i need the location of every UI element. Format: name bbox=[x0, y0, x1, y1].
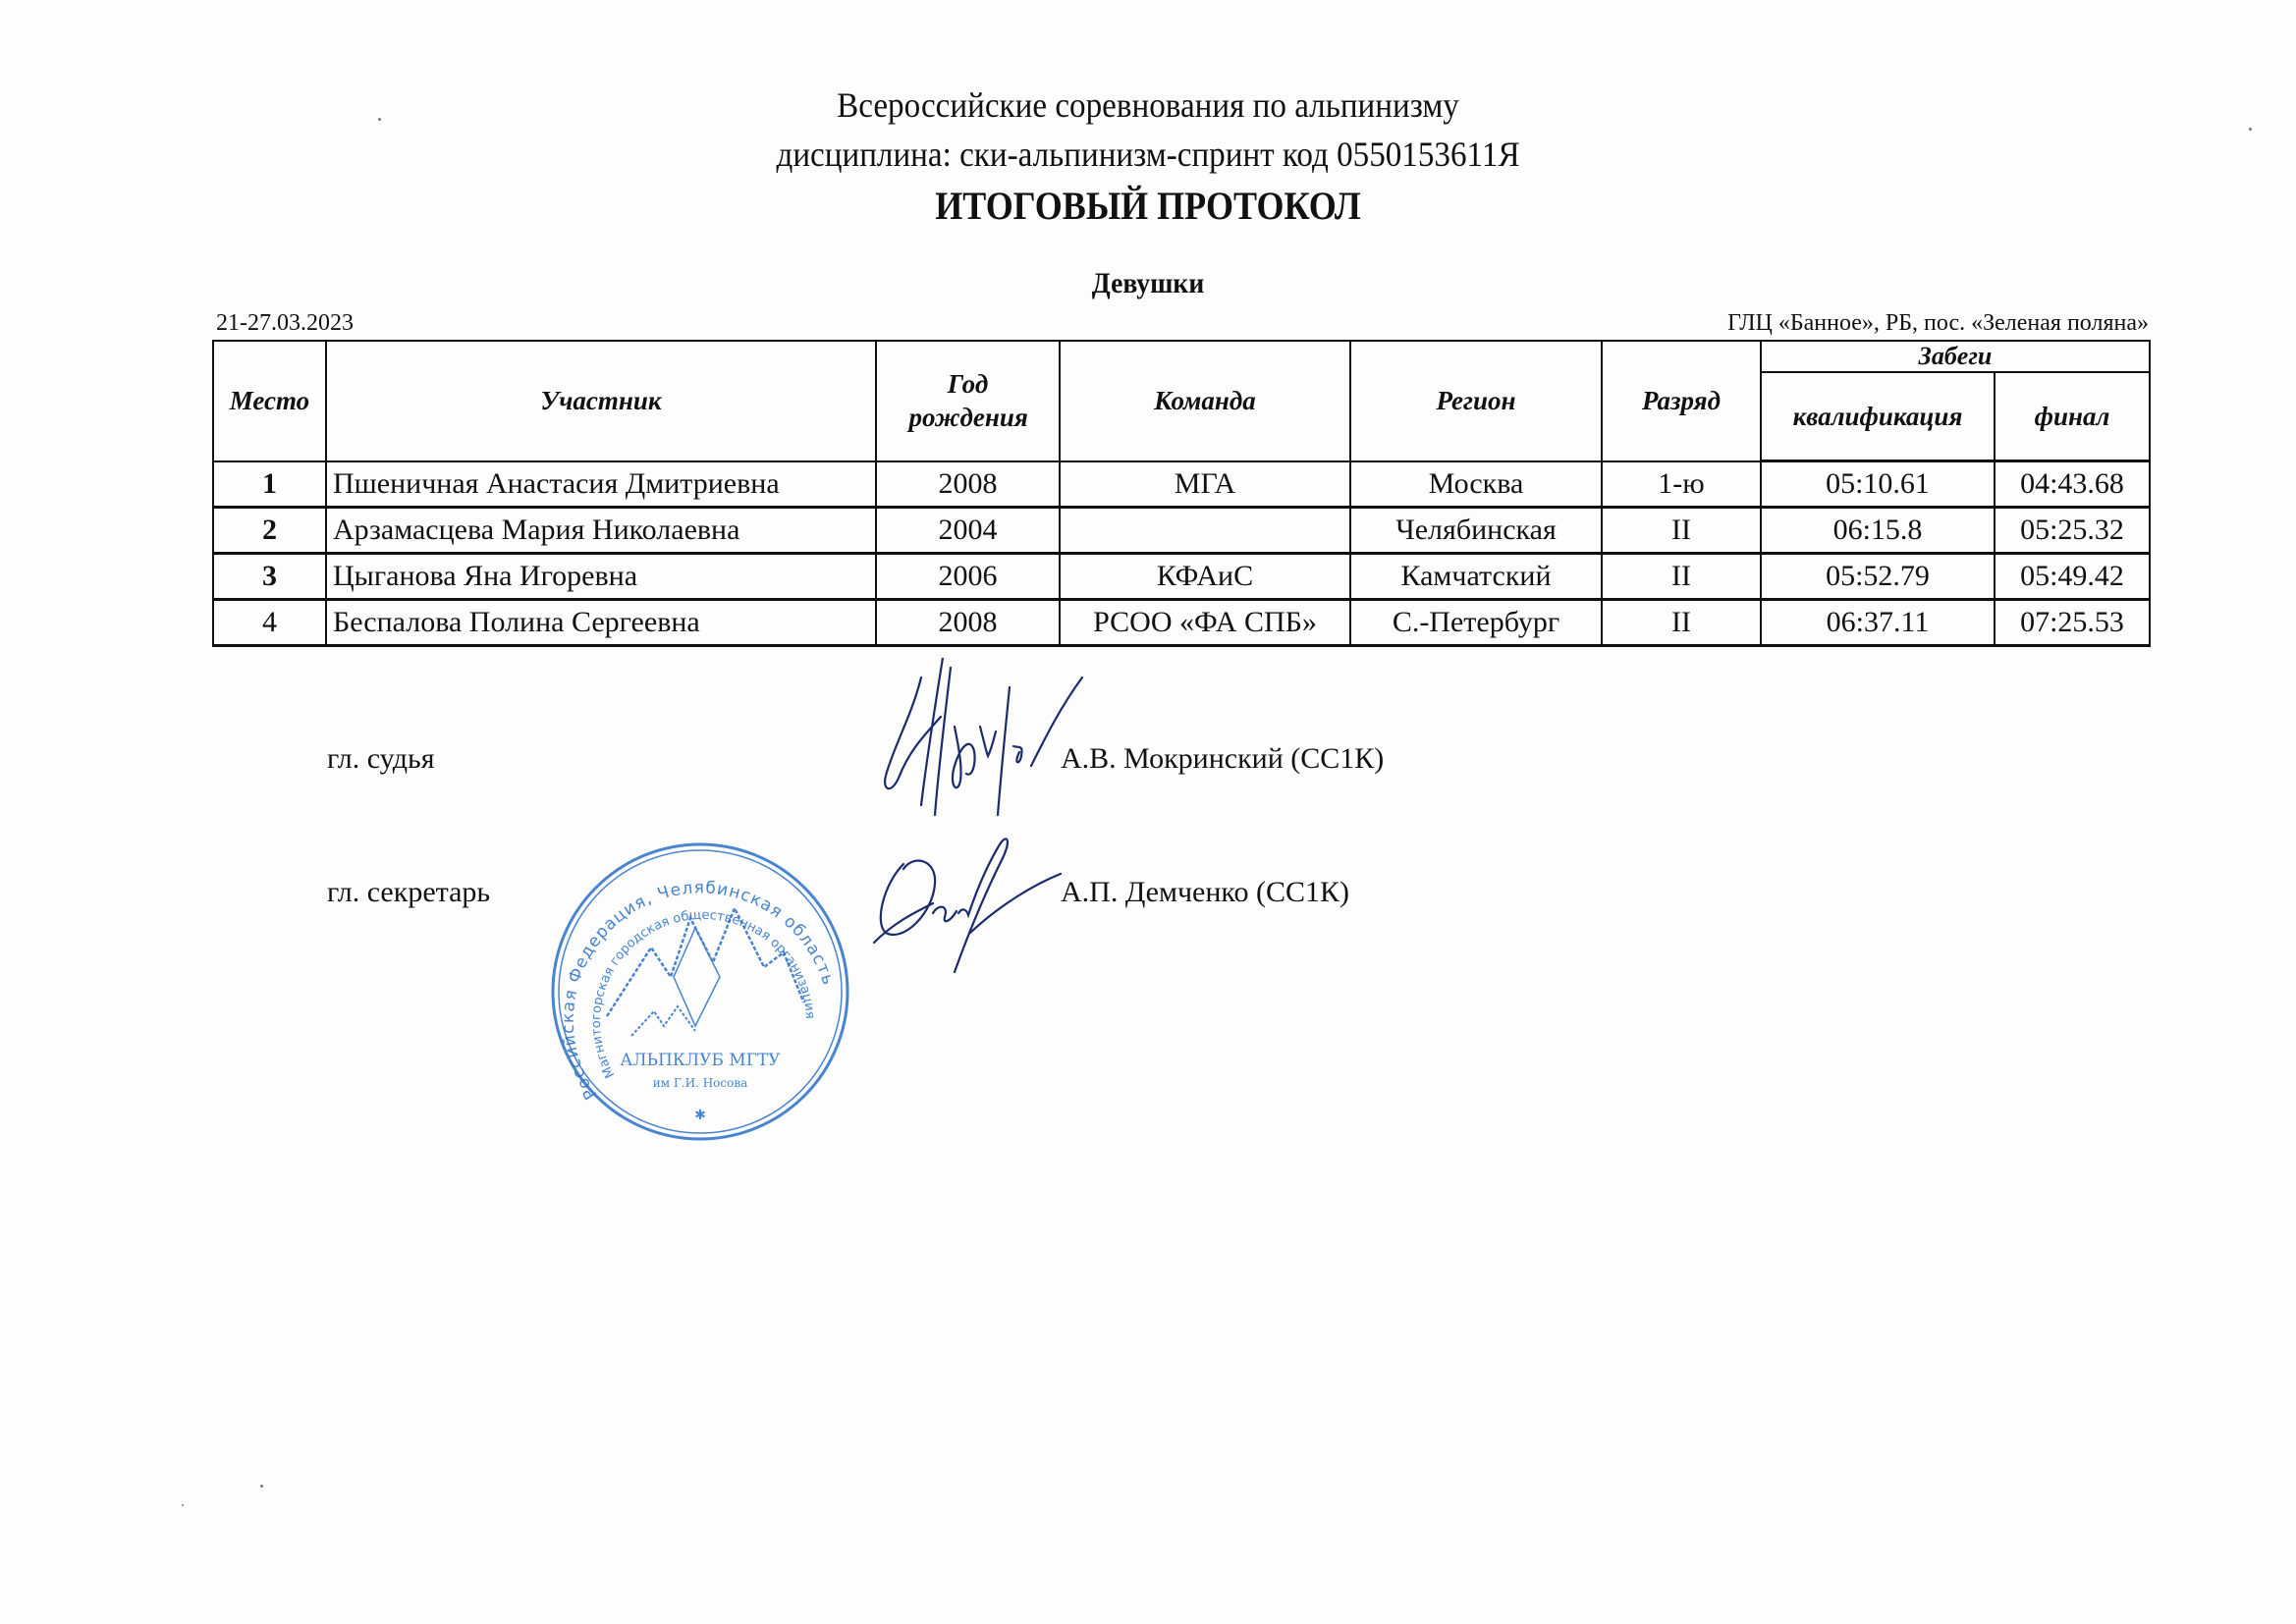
col-header-runs: Забеги bbox=[1761, 341, 2150, 372]
scan-speck bbox=[2249, 128, 2252, 131]
scan-speck bbox=[378, 118, 381, 121]
competition-title: Всероссийские соревнования по альпинизму bbox=[92, 84, 2205, 126]
chief-judge-label: гл. судья bbox=[327, 742, 435, 776]
col-header-qualification: квалификация bbox=[1761, 372, 1995, 461]
chief-secretary-signature bbox=[864, 815, 1090, 982]
scan-speck bbox=[260, 1485, 263, 1488]
col-header-team: Команда bbox=[1060, 341, 1350, 461]
chief-secretary-label: гл. секретарь bbox=[327, 876, 490, 909]
col-header-region: Регион bbox=[1350, 341, 1602, 461]
stamp-star-icon: ✱ bbox=[694, 1108, 706, 1123]
birth-year-cell: 2008 bbox=[876, 461, 1060, 508]
place-cell: 2 bbox=[213, 508, 326, 554]
rank-cell: 1-ю bbox=[1602, 461, 1761, 508]
participant-cell: Цыганова Яна Игоревна bbox=[326, 554, 876, 600]
table-row: 3Цыганова Яна Игоревна2006КФАиСКамчатски… bbox=[213, 554, 2150, 600]
qualification-time-cell: 06:15.8 bbox=[1761, 508, 1995, 554]
scan-speck bbox=[182, 1504, 184, 1506]
team-cell: РСОО «ФА СПБ» bbox=[1060, 600, 1350, 646]
team-cell: МГА bbox=[1060, 461, 1350, 508]
region-cell: Челябинская bbox=[1350, 508, 1602, 554]
final-time-cell: 04:43.68 bbox=[1995, 461, 2150, 508]
col-header-participant: Участник bbox=[326, 341, 876, 461]
category-title: Девушки bbox=[92, 267, 2205, 300]
final-time-cell: 07:25.53 bbox=[1995, 600, 2150, 646]
col-header-final: финал bbox=[1995, 372, 2150, 461]
protocol-title: ИТОГОВЫЙ ПРОТОКОЛ bbox=[115, 183, 2181, 229]
rank-cell: II bbox=[1602, 600, 1761, 646]
qualification-time-cell: 05:52.79 bbox=[1761, 554, 1995, 600]
birth-year-cell: 2004 bbox=[876, 508, 1060, 554]
birth-year-cell: 2006 bbox=[876, 554, 1060, 600]
team-cell bbox=[1060, 508, 1350, 554]
rank-cell: II bbox=[1602, 554, 1761, 600]
final-time-cell: 05:25.32 bbox=[1995, 508, 2150, 554]
region-cell: Москва bbox=[1350, 461, 1602, 508]
place-cell: 3 bbox=[213, 554, 326, 600]
rank-cell: II bbox=[1602, 508, 1761, 554]
chief-secretary-name: А.П. Демченко (СС1К) bbox=[1061, 876, 1349, 909]
competition-dates: 21-27.03.2023 bbox=[216, 310, 354, 337]
organization-stamp: Российская Федерация, Челябинская област… bbox=[538, 830, 862, 1154]
table-row: 4Беспалова Полина Сергеевна2008РСОО «ФА … bbox=[213, 600, 2150, 646]
participant-cell: Беспалова Полина Сергеевна bbox=[326, 600, 876, 646]
region-cell: С.-Петербург bbox=[1350, 600, 1602, 646]
discipline-line: дисциплина: ски-альпинизм-спринт код 055… bbox=[92, 134, 2205, 175]
chief-judge-name: А.В. Мокринский (СС1К) bbox=[1061, 742, 1384, 776]
col-header-birth-year: Год рождения bbox=[876, 341, 1060, 461]
table-row: 1Пшеничная Анастасия Дмитриевна2008МГАМо… bbox=[213, 461, 2150, 508]
competition-venue: ГЛЦ «Банное», РБ, пос. «Зеленая поляна» bbox=[1727, 310, 2149, 337]
col-header-birth-year-text: Год рождения bbox=[909, 367, 1027, 434]
stamp-center-line1: АЛЬПКЛУБ МГТУ bbox=[620, 1051, 781, 1070]
qualification-time-cell: 05:10.61 bbox=[1761, 461, 1995, 508]
place-cell: 1 bbox=[213, 461, 326, 508]
qualification-time-cell: 06:37.11 bbox=[1761, 600, 1995, 646]
chief-judge-signature bbox=[864, 658, 1090, 835]
team-cell: КФАиС bbox=[1060, 554, 1350, 600]
stamp-center-line2: им Г.И. Носова bbox=[653, 1076, 748, 1090]
participant-cell: Пшеничная Анастасия Дмитриевна bbox=[326, 461, 876, 508]
birth-year-cell: 2008 bbox=[876, 600, 1060, 646]
place-cell: 4 bbox=[213, 600, 326, 646]
region-cell: Камчатский bbox=[1350, 554, 1602, 600]
participant-cell: Арзамасцева Мария Николаевна bbox=[326, 508, 876, 554]
final-time-cell: 05:49.42 bbox=[1995, 554, 2150, 600]
results-table: Место Участник Год рождения Команда Реги… bbox=[212, 340, 2151, 647]
col-header-place: Место bbox=[213, 341, 326, 461]
table-row: 2Арзамасцева Мария Николаевна2004Челябин… bbox=[213, 508, 2150, 554]
col-header-rank: Разряд bbox=[1602, 341, 1761, 461]
